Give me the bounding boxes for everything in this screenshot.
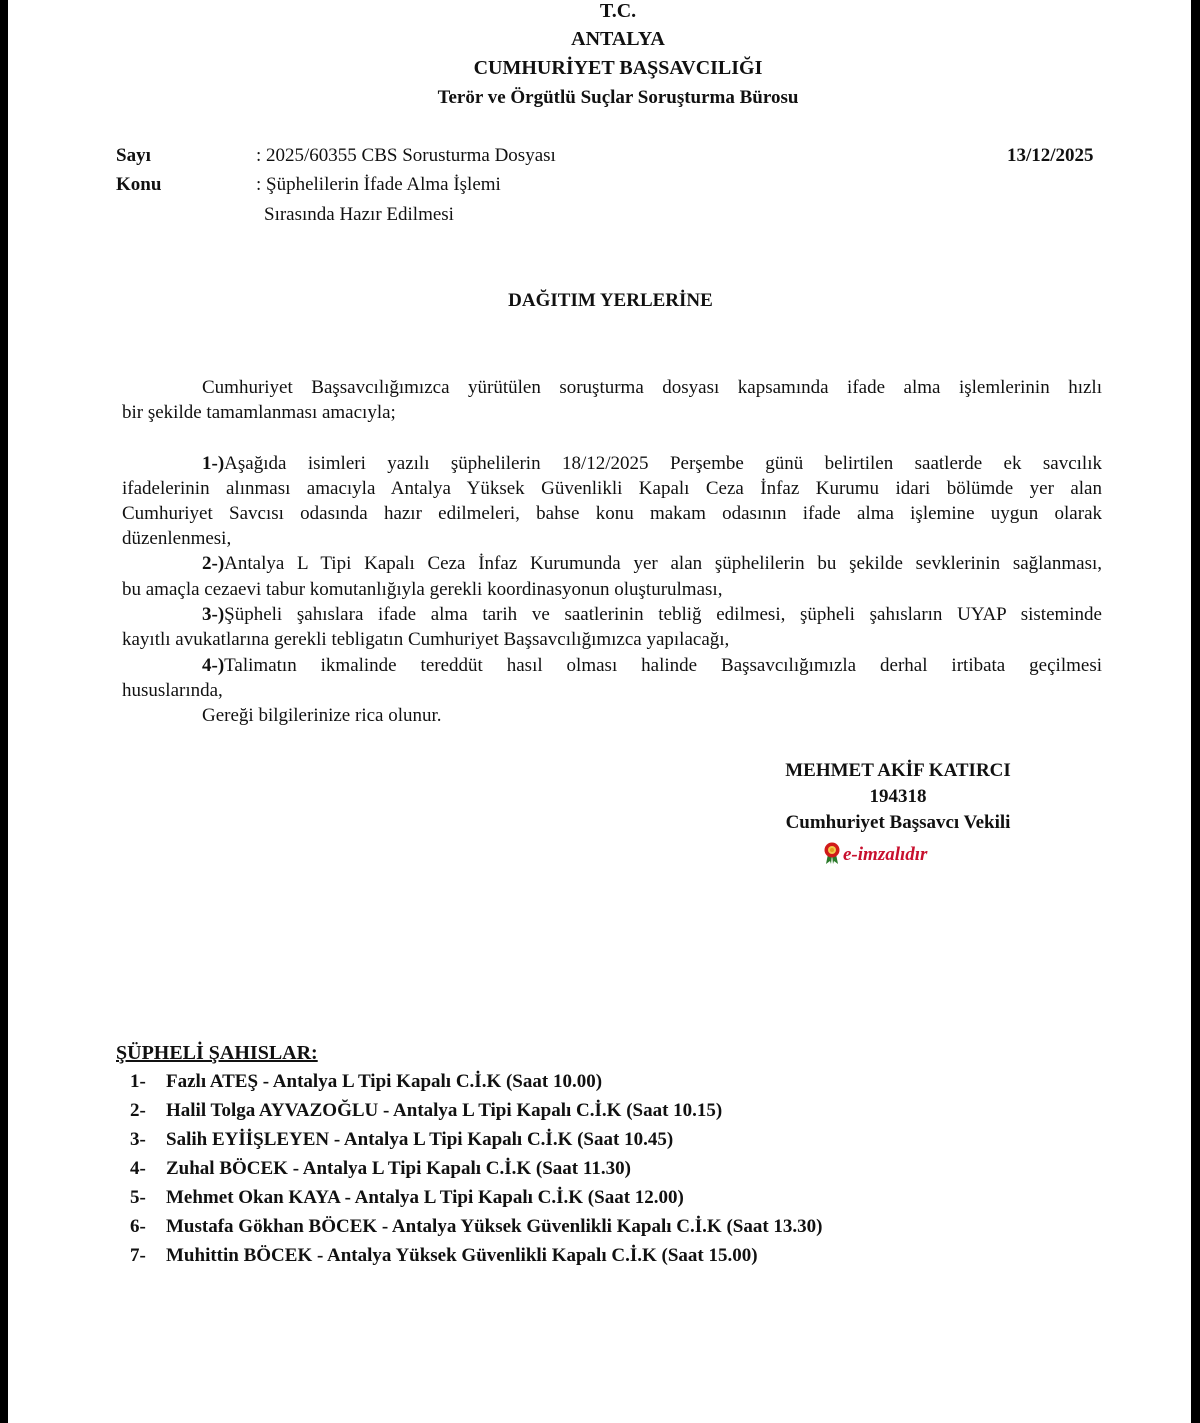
item-2-line1: 2-)Antalya L Tipi Kapalı Ceza İnfaz Kuru… [122, 553, 1102, 575]
suspect-text: Mustafa Gökhan BÖCEK - Antalya Yüksek Gü… [166, 1216, 823, 1237]
item-3-line1: 3-)Şüpheli şahıslara ifade alma tarih ve… [122, 604, 1102, 626]
signer-id: 194318 [748, 786, 1048, 808]
suspects-title: ŞÜPHELİ ŞAHISLAR: [116, 1042, 318, 1065]
item-1-line2: ifadelerinin alınması amacıyla Antalya Y… [122, 478, 1102, 500]
item-3-text: Şüpheli şahıslara ifade alma tarih ve sa… [224, 604, 1102, 625]
intro-line1: Cumhuriyet Başsavcılığımızca yürütülen s… [122, 377, 1102, 399]
suspect-text: Mehmet Okan KAYA - Antalya L Tipi Kapalı… [166, 1187, 684, 1208]
suspect-item: 1-Fazlı ATEŞ - Antalya L Tipi Kapalı C.İ… [130, 1071, 602, 1093]
suspect-number: 5- [130, 1187, 166, 1209]
document-date: 13/12/2025 [1007, 145, 1094, 167]
suspect-text: Muhittin BÖCEK - Antalya Yüksek Güvenlik… [166, 1245, 758, 1266]
suspect-item: 5-Mehmet Okan KAYA - Antalya L Tipi Kapa… [130, 1187, 684, 1209]
suspect-number: 4- [130, 1158, 166, 1180]
item-2-number: 2-) [202, 553, 224, 574]
item-4-text: Talimatın ikmalinde tereddüt hasıl olmas… [224, 655, 1102, 676]
signer-name: MEHMET AKİF KATIRCI [748, 760, 1048, 782]
item-1-text: Aşağıda isimleri yazılı şüphelilerin 18/… [224, 453, 1102, 474]
suspect-number: 3- [130, 1129, 166, 1151]
sayi-value: : 2025/60355 CBS Sorusturma Dosyası [256, 145, 556, 167]
suspect-number: 6- [130, 1216, 166, 1238]
addressee-heading: DAĞITIM YERLERİNE [8, 290, 1200, 312]
item-1-line3: Cumhuriyet Savcısı odasında hazır edilme… [122, 503, 1102, 525]
suspect-number: 2- [130, 1100, 166, 1122]
suspect-item: 3-Salih EYİİŞLEYEN - Antalya L Tipi Kapa… [130, 1129, 673, 1151]
header-tc: T.C. [8, 0, 1200, 23]
suspect-item: 4-Zuhal BÖCEK - Antalya L Tipi Kapalı C.… [130, 1158, 631, 1180]
suspect-item: 7-Muhittin BÖCEK - Antalya Yüksek Güvenl… [130, 1245, 758, 1267]
signer-title: Cumhuriyet Başsavcı Vekili [748, 812, 1048, 834]
item-2-text: Antalya L Tipi Kapalı Ceza İnfaz Kurumun… [224, 553, 1102, 574]
header-city: ANTALYA [8, 28, 1200, 51]
suspect-item: 6-Mustafa Gökhan BÖCEK - Antalya Yüksek … [130, 1216, 823, 1238]
item-1-line4: düzenlenmesi, [122, 528, 1102, 550]
item-3-number: 3-) [202, 604, 224, 625]
closing-line: Gereği bilgilerinize rica olunur. [122, 705, 1102, 727]
item-2-line2: bu amaçla cezaevi tabur komutanlığıyla g… [122, 579, 1102, 601]
rosette-seal-icon [823, 842, 841, 864]
item-4-line1: 4-)Talimatın ikmalinde tereddüt hasıl ol… [122, 655, 1102, 677]
suspect-number: 1- [130, 1071, 166, 1093]
header-bureau: Terör ve Örgütlü Suçlar Soruşturma Büros… [8, 87, 1200, 109]
suspect-text: Fazlı ATEŞ - Antalya L Tipi Kapalı C.İ.K… [166, 1071, 602, 1092]
e-signature-badge: e-imzalıdır [823, 842, 927, 866]
intro-line2: bir şekilde tamamlanması amacıyla; [122, 402, 1102, 424]
item-1-number: 1-) [202, 453, 224, 474]
suspect-item: 2-Halil Tolga AYVAZOĞLU - Antalya L Tipi… [130, 1100, 722, 1122]
document-page: T.C. ANTALYA CUMHURİYET BAŞSAVCILIĞI Ter… [8, 0, 1191, 1423]
suspect-number: 7- [130, 1245, 166, 1267]
suspect-text: Salih EYİİŞLEYEN - Antalya L Tipi Kapalı… [166, 1129, 673, 1150]
konu-label: Konu [116, 174, 161, 196]
suspect-text: Halil Tolga AYVAZOĞLU - Antalya L Tipi K… [166, 1100, 722, 1121]
item-4-line2: hususlarında, [122, 680, 1102, 702]
konu-value-line2: Sırasında Hazır Edilmesi [264, 204, 454, 226]
konu-value-line1: : Şüphelilerin İfade Alma İşlemi [256, 174, 501, 196]
header-office: CUMHURİYET BAŞSAVCILIĞI [8, 57, 1200, 80]
suspect-text: Zuhal BÖCEK - Antalya L Tipi Kapalı C.İ.… [166, 1158, 631, 1179]
item-4-number: 4-) [202, 655, 224, 676]
e-signature-label: e-imzalıdır [843, 844, 927, 865]
item-1-line1: 1-)Aşağıda isimleri yazılı şüphelilerin … [122, 453, 1102, 475]
sayi-label: Sayı [116, 145, 151, 167]
item-3-line2: kayıtlı avukatlarına gerekli tebligatın … [122, 629, 1102, 651]
